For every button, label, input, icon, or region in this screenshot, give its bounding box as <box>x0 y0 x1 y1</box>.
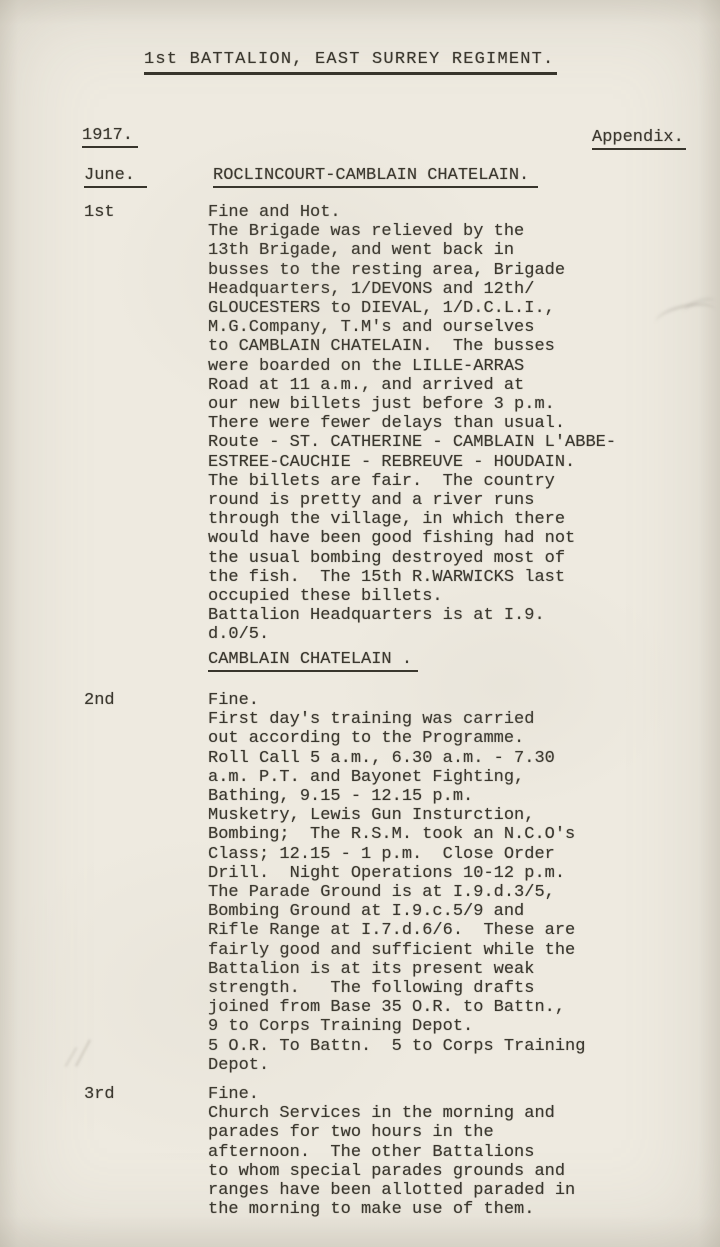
month-text: June. <box>84 166 147 188</box>
entry-body-2nd: Fine. First day's training was carried o… <box>208 691 720 1075</box>
entry-day-1st: 1st <box>84 203 115 222</box>
entry-body-3rd: Fine. Church Services in the morning and… <box>208 1085 720 1219</box>
month-label: June. <box>84 166 147 188</box>
appendix-label: Appendix. <box>592 128 686 150</box>
document-title-text: 1st BATTALION, EAST SURREY REGIMENT. <box>144 50 557 75</box>
section-heading-camblain: CAMBLAIN CHATELAIN . <box>208 650 418 672</box>
entry-day-3rd: 3rd <box>84 1085 115 1104</box>
appendix-text: Appendix. <box>592 128 686 150</box>
year-label: 1917. <box>82 126 138 148</box>
year-text: 1917. <box>82 126 138 148</box>
section-heading-roclincourt: ROCLINCOURT-CAMBLAIN CHATELAIN. <box>213 166 538 188</box>
entry-body-1st: Fine and Hot. The Brigade was relieved b… <box>208 203 720 645</box>
section-heading-camblain-text: CAMBLAIN CHATELAIN . <box>208 650 418 672</box>
document-title: 1st BATTALION, EAST SURREY REGIMENT. <box>144 50 557 75</box>
section-heading-roclincourt-text: ROCLINCOURT-CAMBLAIN CHATELAIN. <box>213 166 538 188</box>
pencil-mark <box>75 1039 91 1066</box>
entry-day-2nd: 2nd <box>84 691 115 710</box>
war-diary-page: 1st BATTALION, EAST SURREY REGIMENT. 191… <box>0 0 720 1247</box>
